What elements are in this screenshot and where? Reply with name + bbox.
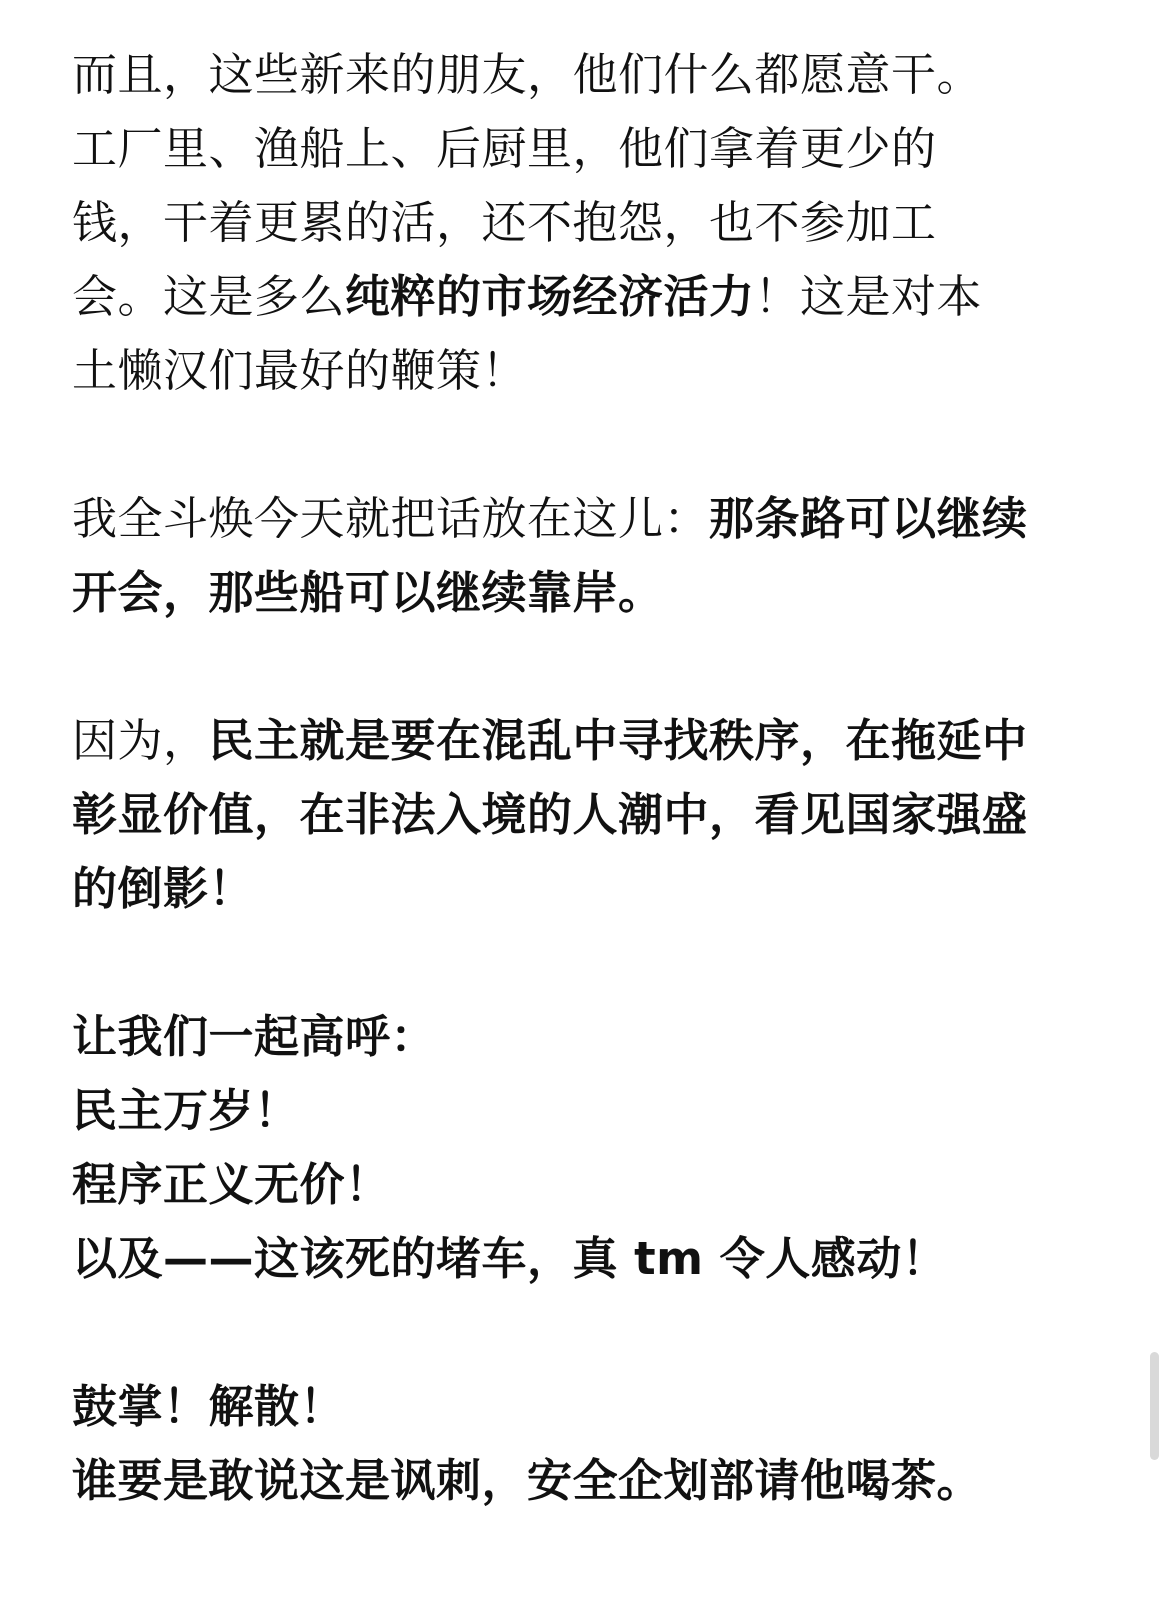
vertical-scrollbar[interactable] [1000,0,1022,1601]
closing-line: 鼓掌！解散！ [72,1370,1072,1444]
text-segment: ！这是对本 [755,270,983,323]
closing-line: 谁要是敢说这是讽刺，安全企划部请他喝茶。 [72,1444,1072,1518]
paragraph-closing: 鼓掌！解散！ 谁要是敢说这是讽刺，安全企划部请他喝茶。 [72,1370,1072,1518]
slogan-line: 程序正义无价！ [72,1148,1072,1222]
text-line: 会。这是多么纯粹的市场经济活力！这是对本 [72,260,1072,334]
slogan-intro: 让我们一起高呼： [72,1000,1072,1074]
scrollbar-thumb[interactable] [1150,1352,1159,1460]
article-body: 而且，这些新来的朋友，他们什么都愿意干。 工厂里、渔船上、后厨里，他们拿着更少的… [72,38,1072,1518]
text-segment: 因为， [72,714,209,767]
text-line: 钱，干着更累的活，还不抱怨，也不参加工 [72,186,1072,260]
paragraph-slogans: 让我们一起高呼： 民主万岁！ 程序正义无价！ 以及——这该死的堵车，真 tm 令… [72,1000,1072,1296]
text-line: 土懒汉们最好的鞭策！ [72,334,1072,408]
text-segment: 会。这是多么 [72,270,345,323]
paragraph-newcomers: 而且，这些新来的朋友，他们什么都愿意干。 工厂里、渔船上、后厨里，他们拿着更少的… [72,38,1072,408]
paragraph-declaration: 我全斗焕今天就把话放在这儿：那条路可以继续开会，那些船可以继续靠岸。 [72,482,1072,630]
text-segment: 我全斗焕今天就把话放在这儿： [72,492,709,545]
paragraph-democracy: 因为，民主就是要在混乱中寻找秩序，在拖延中彰显价值，在非法入境的人潮中，看见国家… [72,704,1072,926]
text-line: 工厂里、渔船上、后厨里，他们拿着更少的 [72,112,1072,186]
bold-emphasis: 民主就是要在混乱中寻找秩序，在拖延中彰显价值，在非法入境的人潮中，看见国家强盛的… [72,714,1028,915]
bold-emphasis: 纯粹的市场经济活力 [345,270,755,323]
text-line: 而且，这些新来的朋友，他们什么都愿意干。 [72,38,1072,112]
slogan-line: 民主万岁！ [72,1074,1072,1148]
slogan-line: 以及——这该死的堵车，真 tm 令人感动！ [72,1222,1072,1296]
